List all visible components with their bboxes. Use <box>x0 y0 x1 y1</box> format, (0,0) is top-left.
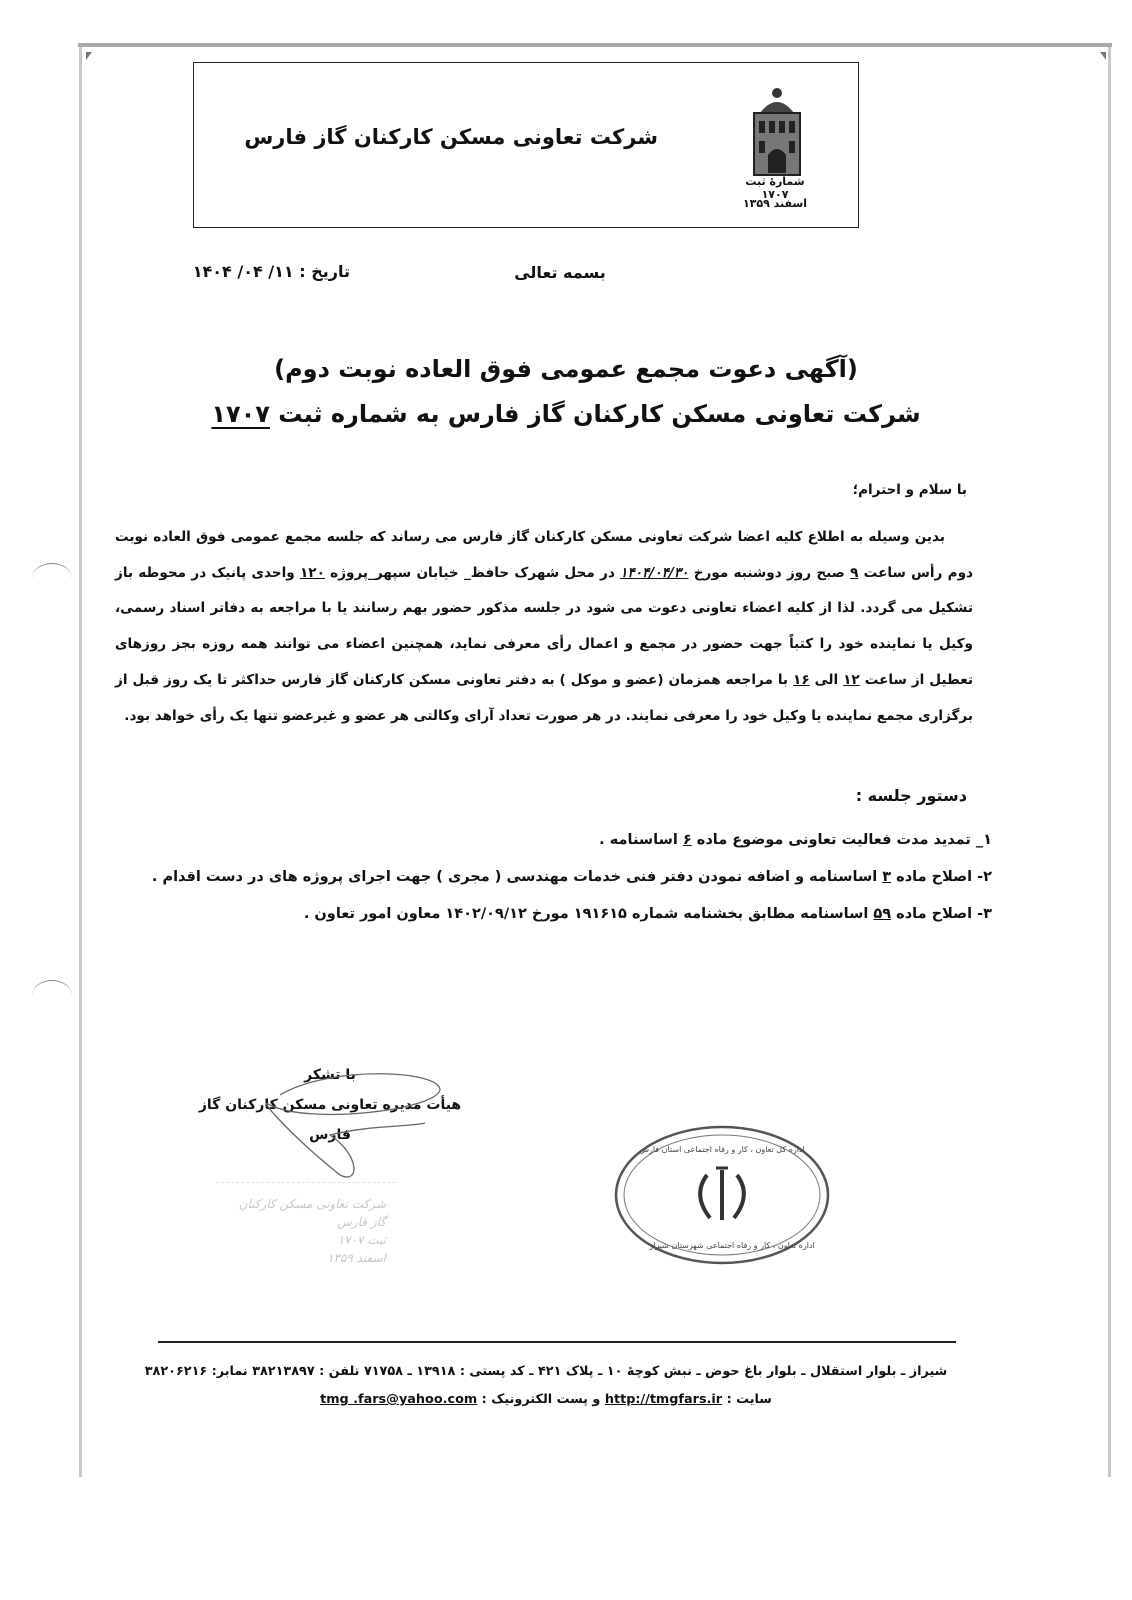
scan-frame-right <box>1108 47 1111 1477</box>
agenda-list: ۱_ تمدید مدت فعالیت تعاونی موضوع ماده ۶ … <box>152 822 992 933</box>
company-stamp: شرکت تعاونی مسکن کارکنان گاز فارس ثبت ۱۷… <box>216 1182 396 1298</box>
invitation-paragraph: بدین وسیله به اطلاع کلیه اعضا شرکت تعاون… <box>115 520 973 734</box>
notice-subtitle: شرکت تعاونی مسکن کارکنان گاز فارس به شما… <box>150 400 982 428</box>
agenda-item-text: اساسنامه مطابق بخشنامه شماره ۱۹۱۶۱۵ مورخ… <box>304 906 874 922</box>
company-name: شرکت تعاونی مسکن کارکنان گاز فارس <box>244 125 658 149</box>
seal-bottom-text: اداره تعاون ، کار و رفاه اجتماعی شهرستان… <box>648 1241 814 1250</box>
punch-hole-top <box>32 563 72 594</box>
notice-title: (آگهی دعوت مجمع عمومی فوق العاده نوبت دو… <box>150 355 982 383</box>
office-hours-to: ۱۶ <box>793 672 810 688</box>
footer-address: شیراز ـ بلوار استقلال ـ بلوار باغ حوض ـ … <box>130 1364 962 1379</box>
signature-icon <box>250 1065 460 1185</box>
article-number: ۳ <box>882 869 891 885</box>
official-seal-icon: اداره کل تعاون ، کار و رفاه اجتماعی استا… <box>612 1120 832 1270</box>
corner-mark-left <box>86 52 92 60</box>
date-value: ۱۱/ ۰۴/ ۱۴۰۴ <box>193 262 294 281</box>
agenda-item-2: ۲- اصلاح ماده ۳ اساسنامه و اضافه نمودن د… <box>152 859 992 896</box>
seal-top-text: اداره کل تعاون ، کار و رفاه اجتماعی استا… <box>639 1145 805 1154</box>
greeting: با سلام و احترام؛ <box>853 482 967 498</box>
email-link[interactable]: tmg .fars@yahoo.com <box>320 1392 477 1407</box>
subtitle-text: شرکت تعاونی مسکن کارکنان گاز فارس به شما… <box>270 400 921 428</box>
stamp-line: ثبت ۱۷۰۷ <box>239 1231 386 1249</box>
company-logo-icon <box>748 85 806 177</box>
logo-date-caption: اسفند ۱۳۵۹ <box>740 197 810 210</box>
letterhead-box: شرکت تعاونی مسکن کارکنان گاز فارس شمارهٔ… <box>193 62 859 228</box>
agenda-item-text: اساسنامه . <box>599 832 683 848</box>
site-label: سایت : <box>722 1392 772 1407</box>
article-number: ۵۹ <box>873 906 891 922</box>
agenda-title: دستور جلسه : <box>856 786 967 805</box>
stamp-line: اسفند ۱۳۵۹ <box>239 1249 386 1267</box>
corner-mark-right <box>1100 52 1106 60</box>
agenda-item-1: ۱_ تمدید مدت فعالیت تعاونی موضوع ماده ۶ … <box>152 822 992 859</box>
article-number: ۶ <box>683 832 692 848</box>
agenda-item-3: ۳- اصلاح ماده ۵۹ اساسنامه مطابق بخشنامه … <box>152 896 992 933</box>
letter-date: تاریخ : ۱۱/ ۰۴/ ۱۴۰۴ <box>150 262 350 281</box>
scan-frame-left <box>79 47 82 1477</box>
punch-hole-bottom <box>32 980 72 1011</box>
body-text-4: واحدی پانیک در محوطه باز تشکیل می گردد. … <box>115 565 973 688</box>
footer-divider <box>158 1341 956 1343</box>
email-label: و پست الکترونیک : <box>477 1392 600 1407</box>
meeting-date: ۱۴۰۴/۰۴/۳۰ <box>620 565 688 581</box>
basmala: بسمه تعالی <box>500 263 620 282</box>
agenda-item-text: اساسنامه و اضافه نمودن دفتر فنی خدمات مه… <box>152 869 882 885</box>
body-text-2: صبح روز دوشنبه مورخ <box>688 565 850 581</box>
body-text-5: الی <box>810 672 843 688</box>
stamp-line: گاز فارس <box>239 1213 386 1231</box>
agenda-item-text: ۲- اصلاح ماده <box>891 869 992 885</box>
scan-frame-top <box>78 43 1112 47</box>
registration-number: ۱۷۰۷ <box>211 400 270 428</box>
project-units: ۱۲۰ <box>300 565 325 581</box>
office-hours-from: ۱۲ <box>843 672 860 688</box>
agenda-item-text: ۱_ تمدید مدت فعالیت تعاونی موضوع ماده <box>692 832 992 848</box>
date-label: تاریخ : <box>299 262 350 281</box>
agenda-item-text: ۳- اصلاح ماده <box>891 906 992 922</box>
company-stamp-text: شرکت تعاونی مسکن کارکنان گاز فارس ثبت ۱۷… <box>239 1195 386 1267</box>
footer-contact: سایت : http://tmgfars.ir و پست الکترونیک… <box>130 1392 962 1407</box>
website-link[interactable]: http://tmgfars.ir <box>605 1392 722 1407</box>
stamp-line: شرکت تعاونی مسکن کارکنان <box>239 1195 386 1213</box>
body-text-3: در محل شهرک حافظ_ خیابان سپهر_پروژه <box>325 565 620 581</box>
